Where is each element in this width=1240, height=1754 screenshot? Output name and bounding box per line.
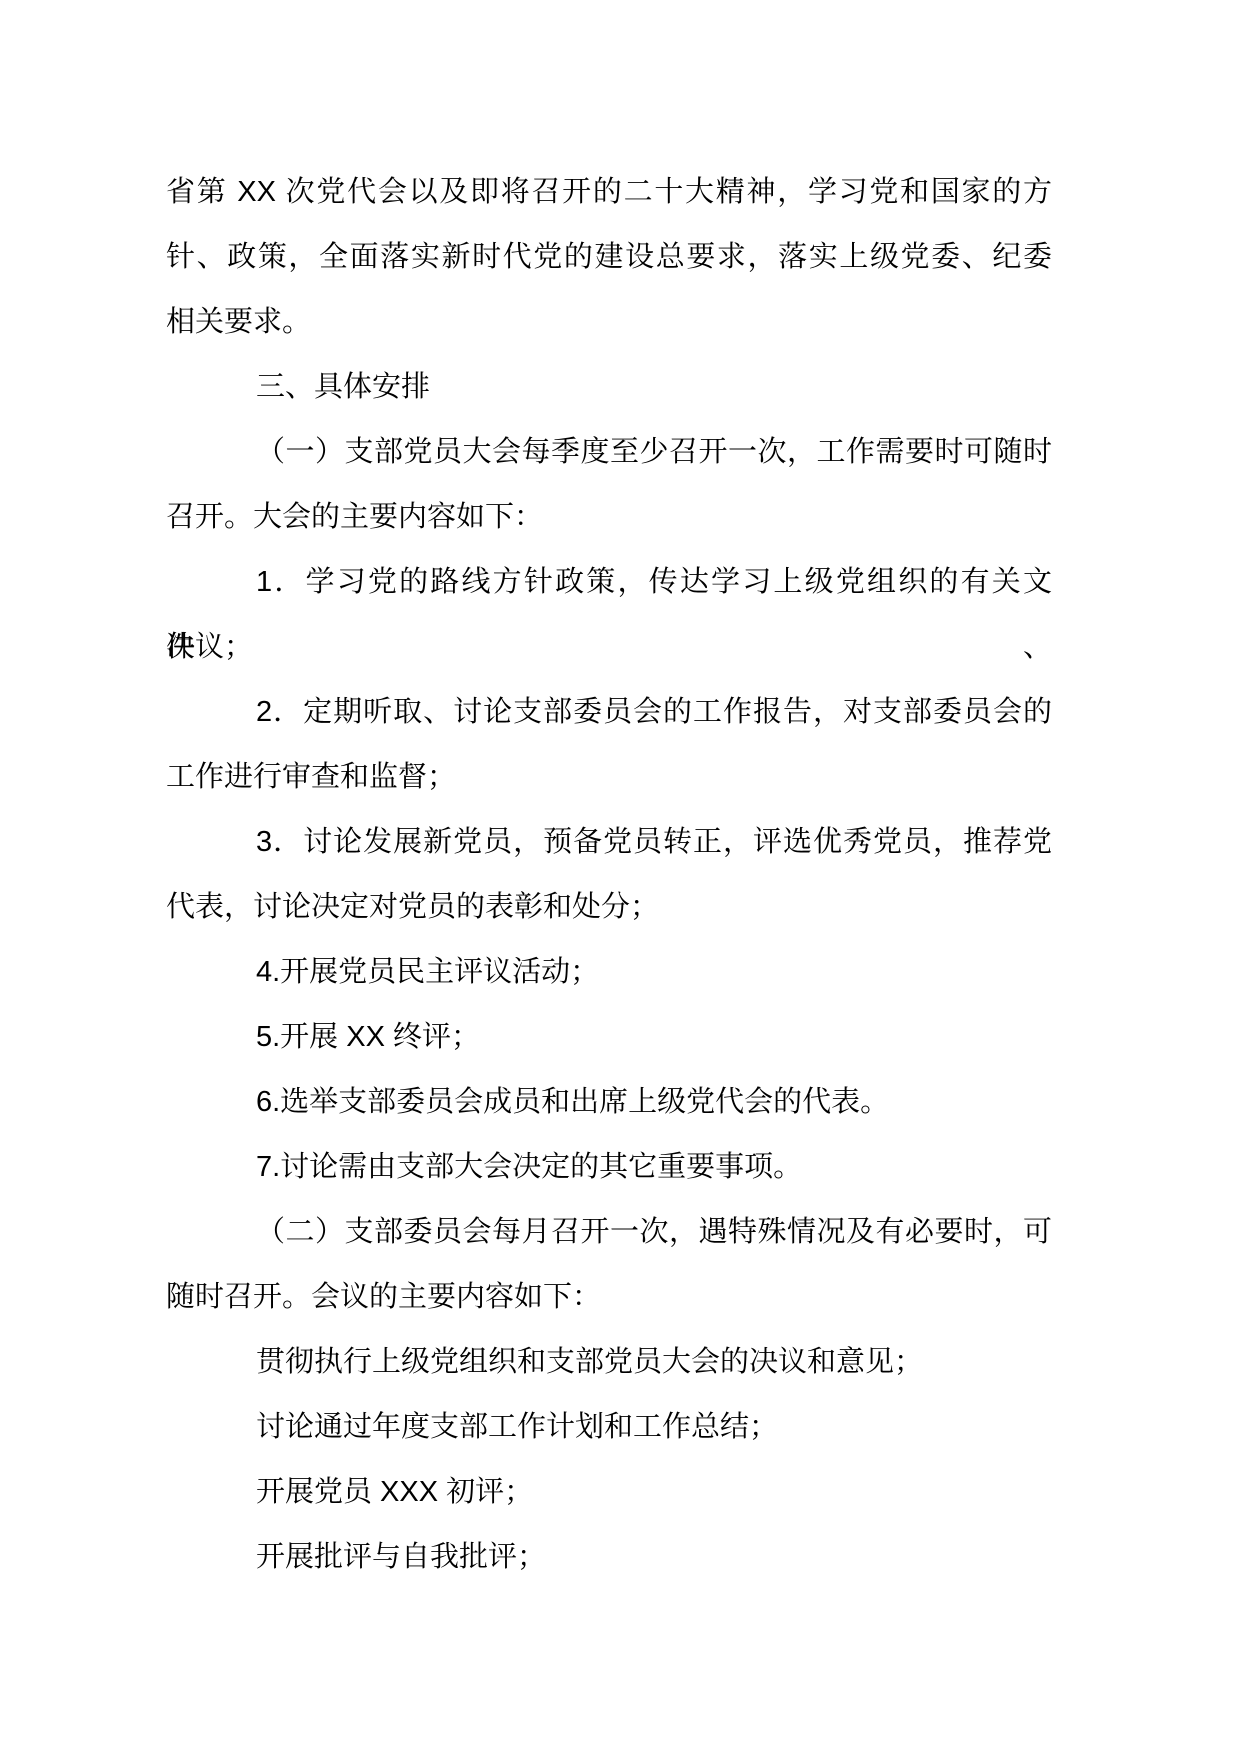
paragraph: （二）支部委员会每月召开一次，遇特殊情况及有必要时，可随时召开。会议的主要内容如… — [166, 1200, 1052, 1330]
text-line: 贯彻执行上级党组织和支部党员大会的决议和意见； — [166, 1330, 1052, 1395]
text-line: 2．定期听取、讨论支部委员会的工作报告，对支部委员会的 — [166, 680, 1052, 745]
text-line: 7.讨论需由支部大会决定的其它重要事项。 — [166, 1135, 1052, 1200]
text-line: 3．讨论发展新党员，预备党员转正，评选优秀党员，推荐党 — [166, 810, 1052, 875]
text-line: 代表，讨论决定对党员的表彰和处分； — [166, 875, 1052, 940]
text-line: 三、具体安排 — [166, 355, 1052, 420]
text-line: 5.开展 XX 终评； — [166, 1005, 1052, 1070]
paragraph: 讨论通过年度支部工作计划和工作总结； — [166, 1395, 1052, 1460]
text-line: （一）支部党员大会每季度至少召开一次，工作需要时可随时 — [166, 420, 1052, 485]
paragraph: 4.开展党员民主评议活动； — [166, 940, 1052, 1005]
text-line: 省第 XX 次党代会以及即将召开的二十大精神，学习党和国家的方 — [166, 160, 1052, 225]
text-line: 随时召开。会议的主要内容如下： — [166, 1265, 1052, 1330]
paragraph: 贯彻执行上级党组织和支部党员大会的决议和意见； — [166, 1330, 1052, 1395]
paragraph: 3．讨论发展新党员，预备党员转正，评选优秀党员，推荐党代表，讨论决定对党员的表彰… — [166, 810, 1052, 940]
paragraph: 2．定期听取、讨论支部委员会的工作报告，对支部委员会的工作进行审查和监督； — [166, 680, 1052, 810]
text-line: 针、政策，全面落实新时代党的建设总要求，落实上级党委、纪委 — [166, 225, 1052, 290]
text-line: 召开。大会的主要内容如下： — [166, 485, 1052, 550]
text-line: 讨论通过年度支部工作计划和工作总结； — [166, 1395, 1052, 1460]
paragraph: （一）支部党员大会每季度至少召开一次，工作需要时可随时召开。大会的主要内容如下： — [166, 420, 1052, 550]
text-line: 1．学习党的路线方针政策，传达学习上级党组织的有关文件、 — [166, 550, 1052, 615]
paragraph: 5.开展 XX 终评； — [166, 1005, 1052, 1070]
paragraph: 7.讨论需由支部大会决定的其它重要事项。 — [166, 1135, 1052, 1200]
text-line: 开展批评与自我批评； — [166, 1525, 1052, 1590]
document-page: 省第 XX 次党代会以及即将召开的二十大精神，学习党和国家的方针、政策，全面落实… — [0, 0, 1240, 1754]
document-body: 省第 XX 次党代会以及即将召开的二十大精神，学习党和国家的方针、政策，全面落实… — [166, 160, 1052, 1590]
paragraph: 省第 XX 次党代会以及即将召开的二十大精神，学习党和国家的方针、政策，全面落实… — [166, 160, 1052, 355]
paragraph: 开展党员 XXX 初评； — [166, 1460, 1052, 1525]
paragraph: 开展批评与自我批评； — [166, 1525, 1052, 1590]
text-line: 6.选举支部委员会成员和出席上级党代会的代表。 — [166, 1070, 1052, 1135]
text-line: 4.开展党员民主评议活动； — [166, 940, 1052, 1005]
text-line: 开展党员 XXX 初评； — [166, 1460, 1052, 1525]
paragraph: 三、具体安排 — [166, 355, 1052, 420]
text-line: 相关要求。 — [166, 290, 1052, 355]
paragraph: 1．学习党的路线方针政策，传达学习上级党组织的有关文件、决议； — [166, 550, 1052, 680]
text-line: （二）支部委员会每月召开一次，遇特殊情况及有必要时，可 — [166, 1200, 1052, 1265]
text-line: 工作进行审查和监督； — [166, 745, 1052, 810]
paragraph: 6.选举支部委员会成员和出席上级党代会的代表。 — [166, 1070, 1052, 1135]
